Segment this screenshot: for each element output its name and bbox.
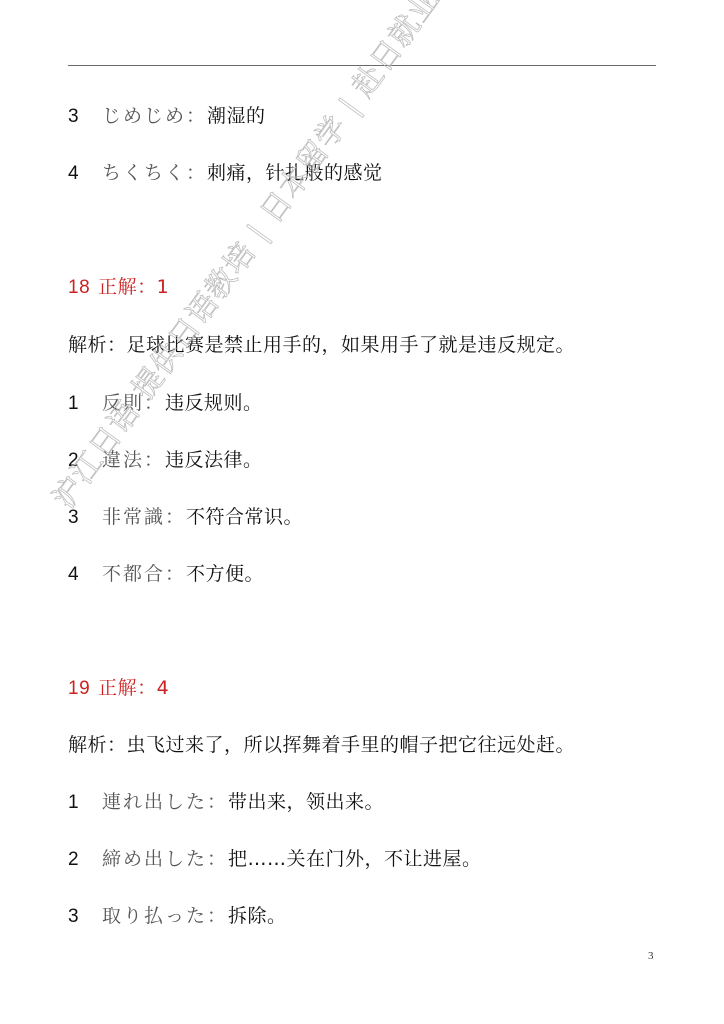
option-number: 3 xyxy=(68,506,102,530)
question-number: 18 xyxy=(68,277,90,298)
option-row: 3じめじめ：潮湿的 xyxy=(68,104,266,129)
option-term: 不都合： xyxy=(102,563,186,585)
option-term: 連れ出した： xyxy=(102,791,228,813)
option-term: 非常識： xyxy=(102,506,186,528)
page-number: 3 xyxy=(648,950,654,962)
header-rule xyxy=(68,65,656,66)
question-number: 19 xyxy=(68,678,90,699)
option-row: 2違法：违反法律。 xyxy=(68,448,263,473)
answer-heading-18: 18正解：1 xyxy=(68,275,169,300)
answer-label: 正解：4 xyxy=(98,677,169,699)
answer-heading-19: 19正解：4 xyxy=(68,676,169,701)
option-number: 4 xyxy=(68,162,102,186)
answer-label: 正解：1 xyxy=(98,276,169,298)
option-meaning: 拆除。 xyxy=(228,905,287,927)
option-meaning: 带出来，领出来。 xyxy=(228,791,384,813)
option-number: 1 xyxy=(68,392,102,416)
option-term: じめじめ： xyxy=(102,105,207,127)
analysis-text-19: 解析：虫飞过来了，所以挥舞着手里的帽子把它往远处赶。 xyxy=(68,733,575,757)
option-row: 1反則：违反规则。 xyxy=(68,391,263,416)
option-meaning: 不方便。 xyxy=(186,563,264,585)
option-meaning: 潮湿的 xyxy=(207,105,266,127)
option-meaning: 刺痛，针扎般的感觉 xyxy=(207,162,383,184)
option-meaning: 违反法律。 xyxy=(165,449,263,471)
option-row: 4ちくちく：刺痛，针扎般的感觉 xyxy=(68,161,383,186)
option-term: 違法： xyxy=(102,449,165,471)
option-term: 締め出した： xyxy=(102,848,228,870)
option-meaning: 违反规则。 xyxy=(165,392,263,414)
option-term: 取り払った： xyxy=(102,905,228,927)
option-term: ちくちく： xyxy=(102,162,207,184)
option-row: 2締め出した：把……关在门外，不让进屋。 xyxy=(68,847,482,872)
option-row: 3非常識：不符合常识。 xyxy=(68,505,303,530)
option-number: 1 xyxy=(68,791,102,815)
option-number: 3 xyxy=(68,905,102,929)
option-row: 3取り払った：拆除。 xyxy=(68,904,287,929)
option-row: 1連れ出した：带出来，领出来。 xyxy=(68,790,384,815)
option-term: 反則： xyxy=(102,392,165,414)
option-meaning: 把……关在门外，不让进屋。 xyxy=(228,848,482,870)
option-number: 4 xyxy=(68,563,102,587)
option-meaning: 不符合常识。 xyxy=(186,506,303,528)
option-row: 4不都合：不方便。 xyxy=(68,562,264,587)
analysis-text-18: 解析：足球比赛是禁止用手的，如果用手了就是违反规定。 xyxy=(68,333,575,357)
option-number: 2 xyxy=(68,449,102,473)
option-number: 3 xyxy=(68,105,102,129)
option-number: 2 xyxy=(68,848,102,872)
watermark: 沪江日语 提供日语教培 | 日本留学 | 赴日就业一站式服务 xyxy=(40,0,539,516)
